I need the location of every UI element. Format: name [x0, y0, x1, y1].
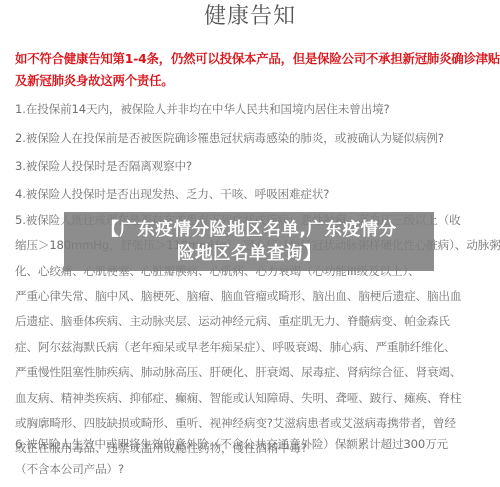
question-5-line: 症、阿尔兹海默氏病（老年痴呆或早老年痴呆症）、呼吸衰竭、肺心病、严重肺纤维化、	[15, 335, 495, 360]
title-overlay-banner: 【广东疫情分险地区名单,广东疫情分 险地区名单查询】	[64, 212, 434, 271]
question-1: 1.在投保前14天内，被保险人并非均在中华人民共和国境内居住未曾出境?	[15, 97, 390, 121]
question-5-line: 严重心律失常、脑中风、脑梗死、脑瘤、脑血管瘤或畸形、脑出血、脑梗后遗症、脑出血	[15, 284, 495, 309]
question-4: 4.被保险人投保时是否出现发热、乏力、干咳、呼吸困难症状?	[15, 182, 495, 207]
health-notice-page: 健康告知 如不符合健康告知第1-4条，仍然可以投保本产品，但是保险公司不承担新冠…	[0, 0, 500, 487]
notice-line: 及新冠肺炎身故这两个责任。	[15, 70, 493, 92]
question-6-line: 6.被保险人生效中或即将生效的意外险（不含公共交通意外险）保额累计超过300万元	[15, 432, 495, 457]
question-5-line: 后遗症、脑垂体疾病、主动脉夹层、运动神经元病、重症肌无力、脊髓病变、帕金森氏	[15, 309, 495, 334]
red-warning-notice: 如不符合健康告知第1-4条，仍然可以投保本产品，但是保险公司不承担新冠肺炎确诊津…	[15, 48, 493, 92]
overlay-title-line: 险地区名单查询】	[177, 242, 321, 266]
question-block-4-5: . 4.被保险人投保时是否出现发热、乏力、干咳、呼吸困难症状? 5.被保险人既往…	[15, 157, 495, 462]
question-2: 2.被保险人在投保前是否被医院确诊罹患冠状病毒感染的肺炎，或被确认为疑似病例?	[15, 126, 444, 150]
question-5-line: 严重慢性阻塞性肺疾病、肺动脉高压、肝硬化、肝衰竭、尿毒症、肾病综合征、肾衰竭、	[15, 360, 495, 385]
question-6: 6.被保险人生效中或即将生效的意外险（不含公共交通意外险）保额累计超过300万元…	[15, 432, 495, 482]
page-title: 健康告知	[0, 1, 500, 33]
question-5-line: 血友病、精神类疾病、抑郁症、癫痫、智能或认知障碍、失明、聋哑、跛行、瘫痪、脊柱	[15, 386, 495, 411]
overlay-title-line: 【广东疫情分险地区名单,广东疫情分	[101, 218, 396, 242]
notice-line: 如不符合健康告知第1-4条，仍然可以投保本产品，但是保险公司不承担新冠肺炎确诊津…	[15, 48, 493, 70]
question-6-line: （不含本公司产品）?	[15, 457, 495, 482]
